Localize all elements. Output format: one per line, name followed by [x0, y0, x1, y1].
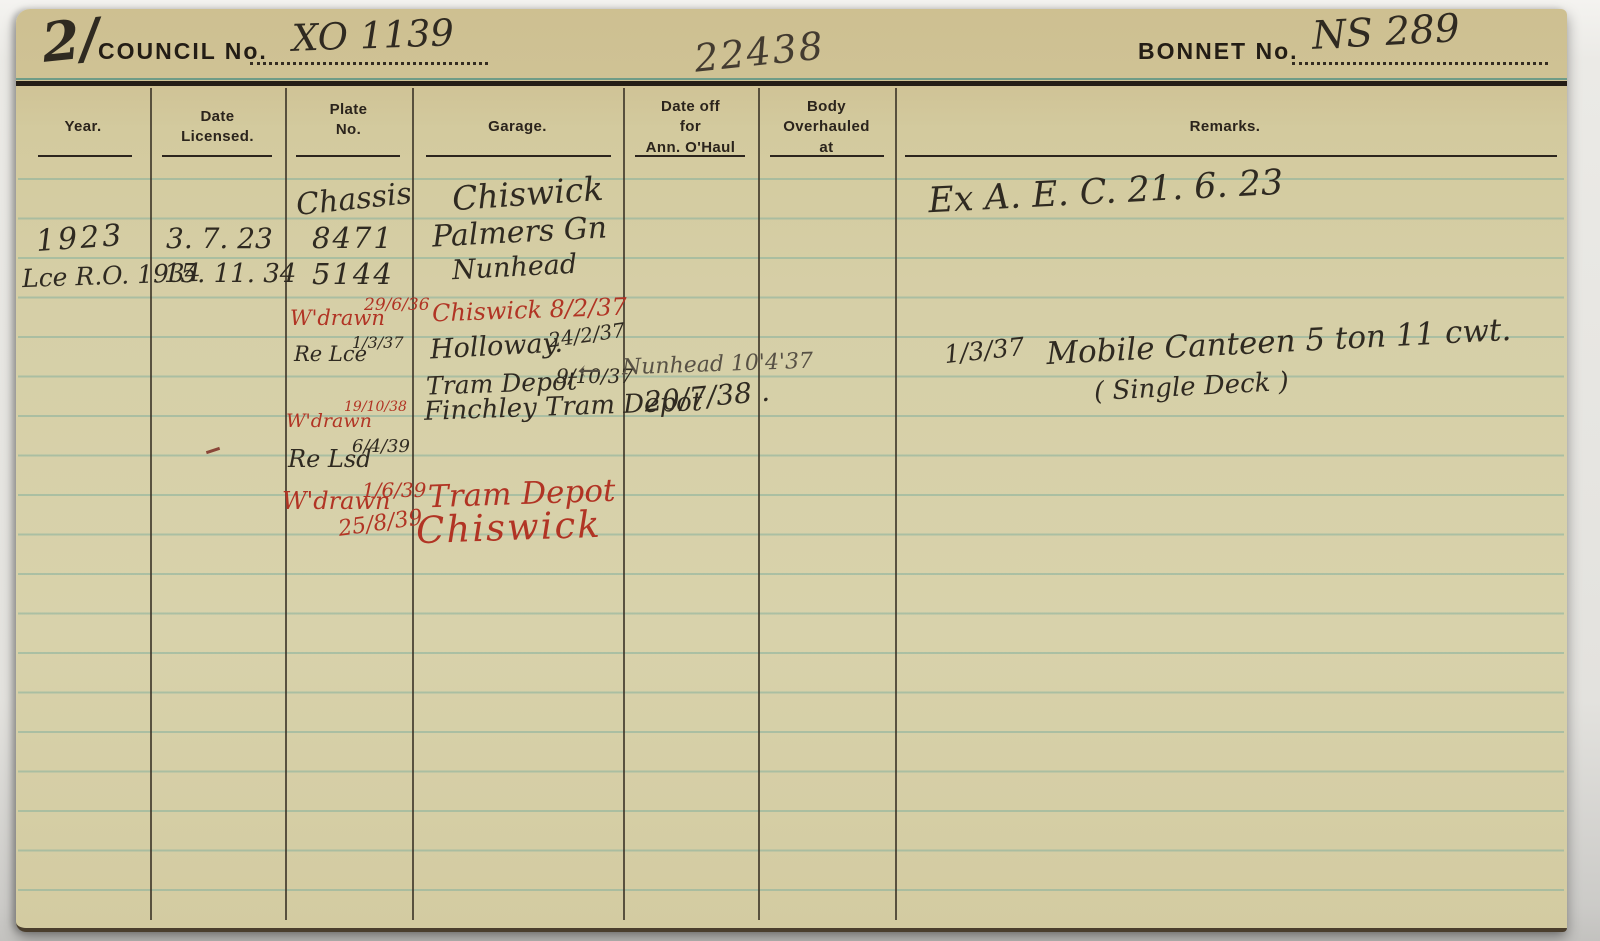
col-line: Garage. — [488, 118, 547, 135]
entry-relicensed-1939-date: 6/4/39 — [352, 436, 410, 457]
col-header-date-off: Date off for Ann. O'Haul — [623, 97, 758, 158]
column-line-3 — [412, 88, 414, 920]
header-rule-accent — [16, 78, 1567, 80]
col-header-plate-no: Plate No. — [285, 100, 412, 141]
ruled-lines — [18, 178, 1564, 922]
header-underline — [38, 155, 132, 157]
col-header-year-line: Year. — [64, 118, 101, 135]
entry-date-licensed-1934: 15. 11. 34 — [164, 259, 296, 289]
header-underline — [162, 155, 272, 157]
bonnet-no-value: NS 289 — [1311, 6, 1461, 59]
entry-year-1923: 1923 — [35, 218, 126, 259]
col-line: Date off — [623, 97, 758, 117]
council-no-value: XO 1139 — [291, 11, 454, 60]
council-no-label: COUNCIL No. — [98, 38, 268, 65]
col-header-remarks: Remarks. — [895, 117, 1555, 137]
record-card-photo: 2/ COUNCIL No. XO 1139 22438 BONNET No. … — [0, 0, 1600, 941]
column-line-6 — [895, 88, 897, 920]
header-underline — [296, 155, 400, 157]
col-line: for — [623, 117, 758, 137]
header-underline — [770, 155, 884, 157]
header-underline — [426, 155, 611, 157]
pencil-arrow-icon: ← — [578, 354, 601, 387]
entry-plate-5144: 5144 — [312, 257, 394, 291]
col-line: Plate — [285, 100, 412, 120]
header-underline — [905, 155, 1557, 157]
column-line-1 — [150, 88, 152, 920]
col-line: Date — [150, 107, 285, 127]
header-underline — [635, 155, 745, 157]
col-line: Remarks. — [1190, 118, 1261, 135]
col-header-date-licensed: Date Licensed. — [150, 107, 285, 148]
entry-relicensed-1937-date: 1/3/37 — [352, 333, 404, 352]
entry-withdrawn-1938-date: 19/10/38 — [344, 399, 407, 415]
col-header-body-overhauled: Body Overhauled at — [758, 97, 895, 158]
bonnet-no-label: BONNET No. — [1138, 38, 1299, 65]
column-line-5 — [758, 88, 760, 920]
col-header-garage: Garage. — [412, 117, 623, 137]
entry-withdrawn-1936-date: 29/6/36 — [364, 295, 430, 315]
entry-withdrawn-1939-date: 1/6/39 — [362, 478, 426, 502]
col-header-year: Year. — [16, 117, 150, 137]
entry-garage-nunhead: Nunhead — [451, 249, 578, 287]
check-mark: 2/ — [39, 5, 103, 75]
entry-garage-chiswick-red-2: Chiswick — [415, 503, 602, 552]
col-line: Licensed. — [150, 127, 285, 147]
entry-date-licensed-1923: 3. 7. 23 — [166, 222, 273, 255]
col-line: Body — [758, 97, 895, 117]
col-line: No. — [285, 120, 412, 140]
column-line-4 — [623, 88, 625, 920]
col-line: Overhauled — [758, 117, 895, 137]
header-rule — [16, 81, 1567, 86]
entry-plate-8471: 8471 — [312, 221, 394, 255]
